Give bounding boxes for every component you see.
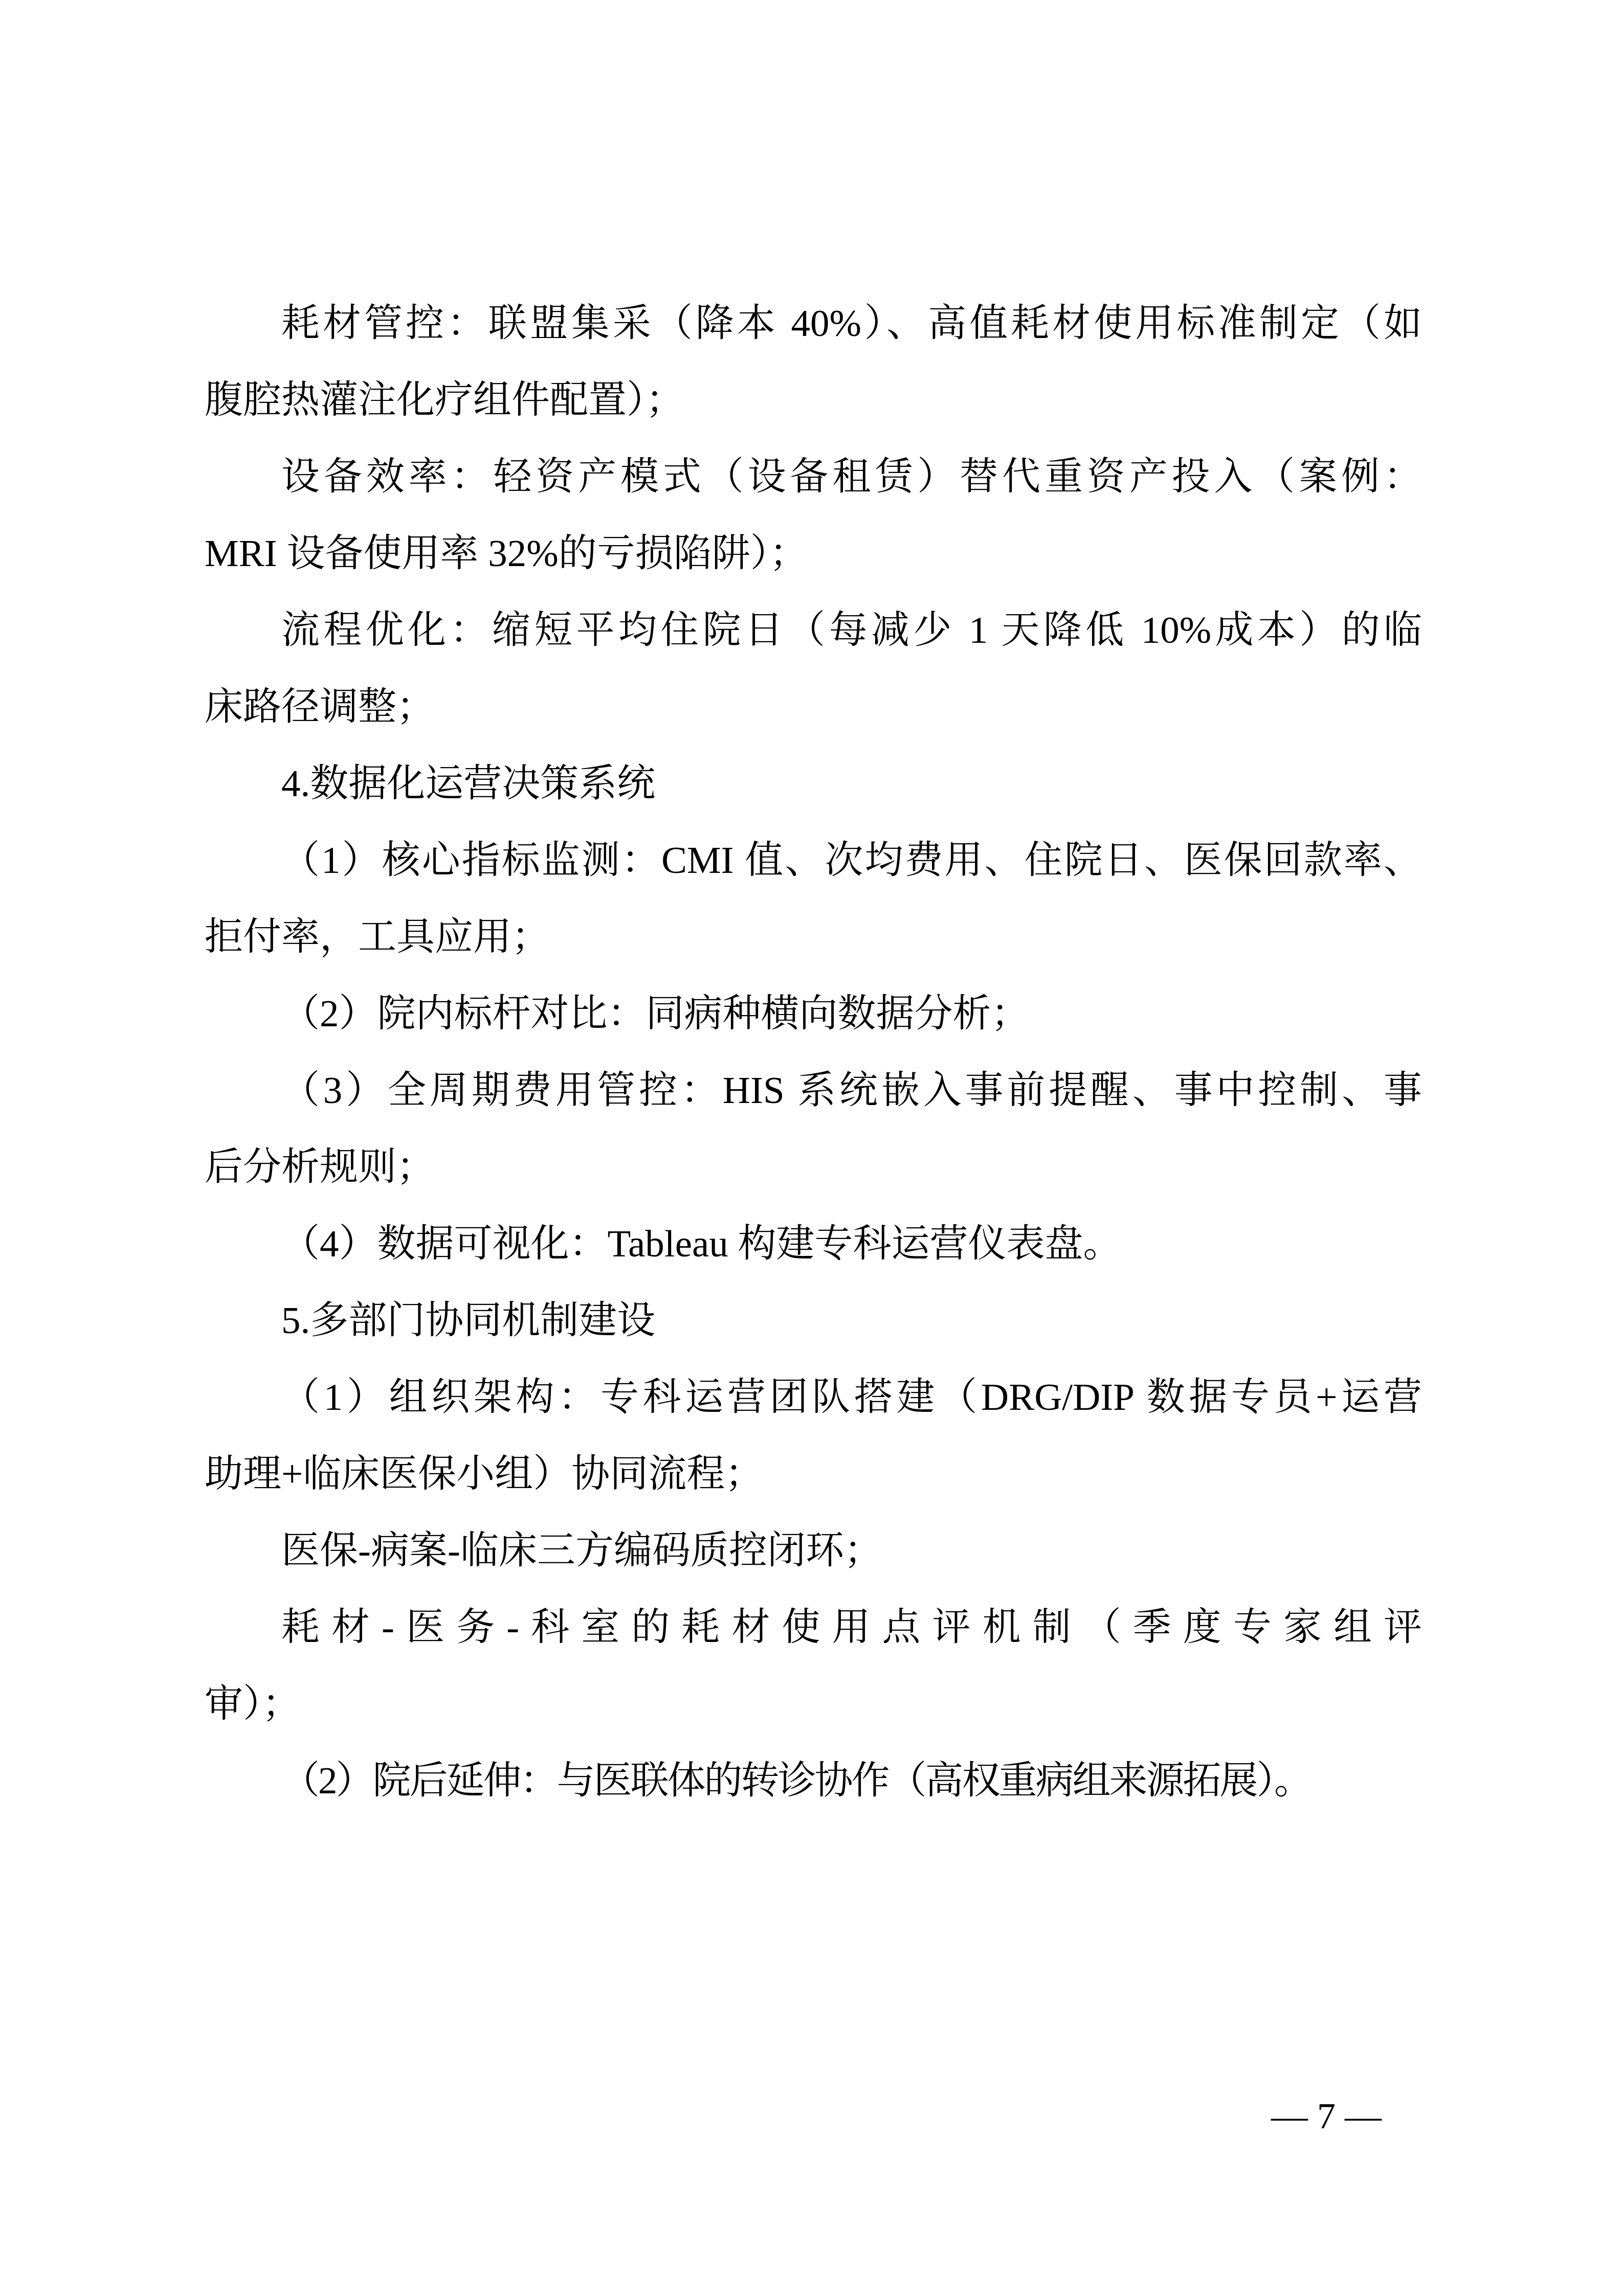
document-page: 耗材管控：联盟集采（降本 40%）、高值耗材使用标准制定（如 腹腔热灌注化疗组件… [0, 0, 1624, 2296]
body-text-line: 耗材-医务-科室的耗材使用点评机制（季度专家组评 [205, 1589, 1422, 1666]
body-text-line: （3）全周期费用管控：HIS 系统嵌入事前提醒、事中控制、事 [205, 1052, 1422, 1129]
body-text-line: 腹腔热灌注化疗组件配置）； [205, 362, 1422, 439]
body-text-line: （2）院内标杆对比：同病种横向数据分析； [205, 976, 1422, 1052]
body-text-line: （1）核心指标监测：CMI 值、次均费用、住院日、医保回款率、 [205, 822, 1422, 899]
body-text-line: MRI 设备使用率 32%的亏损陷阱）； [205, 515, 1422, 592]
body-text-line: 助理+临床医保小组）协同流程； [205, 1436, 1422, 1513]
body-text-line: 床路径调整； [205, 669, 1422, 746]
body-text-line: （2）院后延伸：与医联体的转诊协作（高权重病组来源拓展）。 [205, 1743, 1422, 1819]
body-text-line: 5.多部门协同机制建设 [205, 1282, 1422, 1359]
body-text-line: 后分析规则； [205, 1129, 1422, 1206]
page-number: — 7 — [1271, 2085, 1382, 2147]
body-text-line: （4）数据可视化：Tableau 构建专科运营仪表盘。 [205, 1206, 1422, 1282]
body-text-line: 4.数据化运营决策系统 [205, 746, 1422, 822]
body-text-line: 耗材管控：联盟集采（降本 40%）、高值耗材使用标准制定（如 [205, 285, 1422, 362]
body-text-line: 流程优化：缩短平均住院日（每减少 1 天降低 10%成本）的临 [205, 592, 1422, 669]
body-text-line: 医保-病案-临床三方编码质控闭环； [205, 1513, 1422, 1589]
body-text-line: （1）组织架构：专科运营团队搭建（DRG/DIP 数据专员+运营 [205, 1359, 1422, 1436]
body-text-line: 拒付率，工具应用； [205, 899, 1422, 976]
body-text-line: 审）； [205, 1666, 1422, 1743]
document-body: 耗材管控：联盟集采（降本 40%）、高值耗材使用标准制定（如 腹腔热灌注化疗组件… [205, 285, 1422, 1819]
body-text-line: 设备效率：轻资产模式（设备租赁）替代重资产投入（案例： [205, 439, 1422, 515]
